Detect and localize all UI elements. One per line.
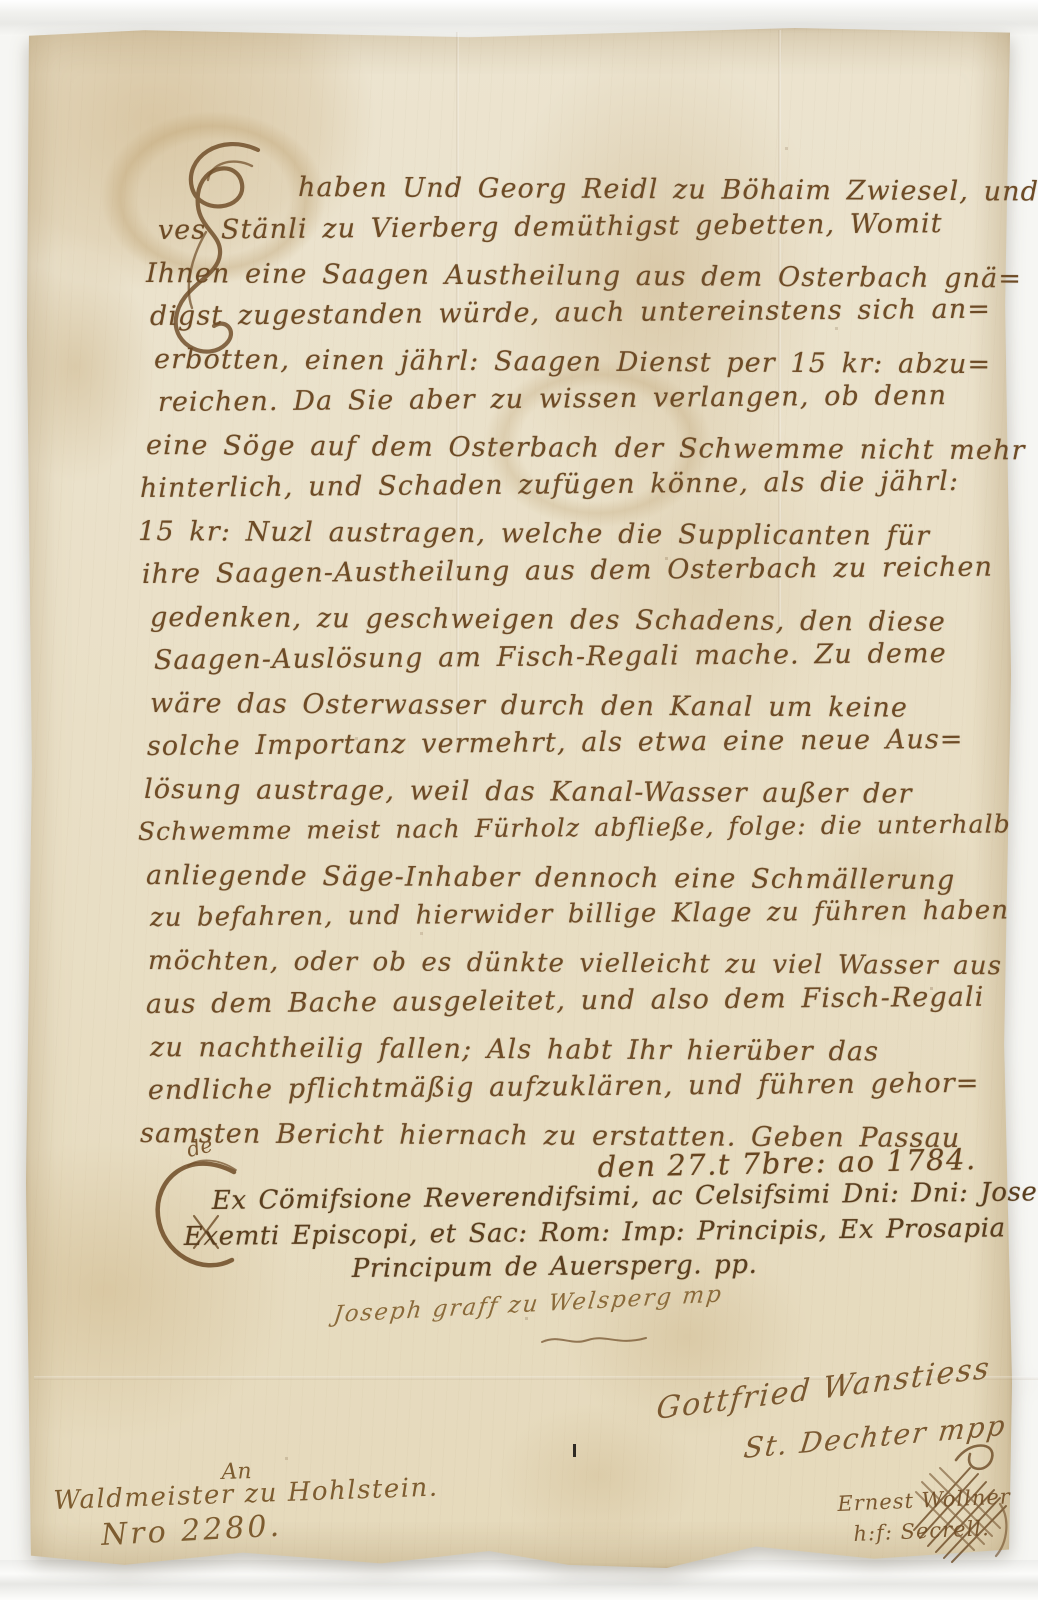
manuscript-line: gedenken, zu geschweigen des Schadens, d…	[150, 602, 946, 638]
manuscript-line: möchten, oder ob es dünkte vielleicht zu…	[148, 946, 1002, 981]
signature-underline-flourish-icon	[540, 1332, 650, 1348]
manuscript-line: erbotten, einen jährl: Saagen Dienst per…	[154, 344, 991, 380]
manuscript-line: wäre das Osterwasser durch den Kanal um …	[150, 688, 908, 724]
photo-of-manuscript: { "colors": { "backdrop": "#f6f6f3", "pa…	[0, 0, 1038, 1600]
manuscript-line: 15 kr: Nuzl austragen, welche die Suppli…	[138, 516, 930, 552]
foxing-specks	[26, 28, 27, 29]
ink-tick-mark	[573, 1444, 576, 1457]
manuscript-line: zu nachtheilig fallen; Als habt Ihr hier…	[150, 1032, 879, 1067]
manuscript-line: Ihnen eine Saagen Austheilung aus dem Os…	[146, 258, 1022, 294]
latin-initial-flourish-icon	[148, 1156, 240, 1278]
ink-paraph-scribble-icon	[900, 1438, 1016, 1566]
latin-line: Principum de Auersperg. pp.	[352, 1250, 758, 1284]
manuscript-line: anliegende Säge-Inhaber dennoch eine Sch…	[146, 860, 955, 896]
manuscript-line: haben Und Georg Reidl zu Böhaim Zwiesel,…	[298, 172, 1038, 208]
manuscript-line: eine Söge auf dem Osterbach der Schwemme…	[146, 430, 1026, 466]
manuscript-line: lösung austrage, weil das Kanal-Wasser a…	[144, 774, 913, 810]
